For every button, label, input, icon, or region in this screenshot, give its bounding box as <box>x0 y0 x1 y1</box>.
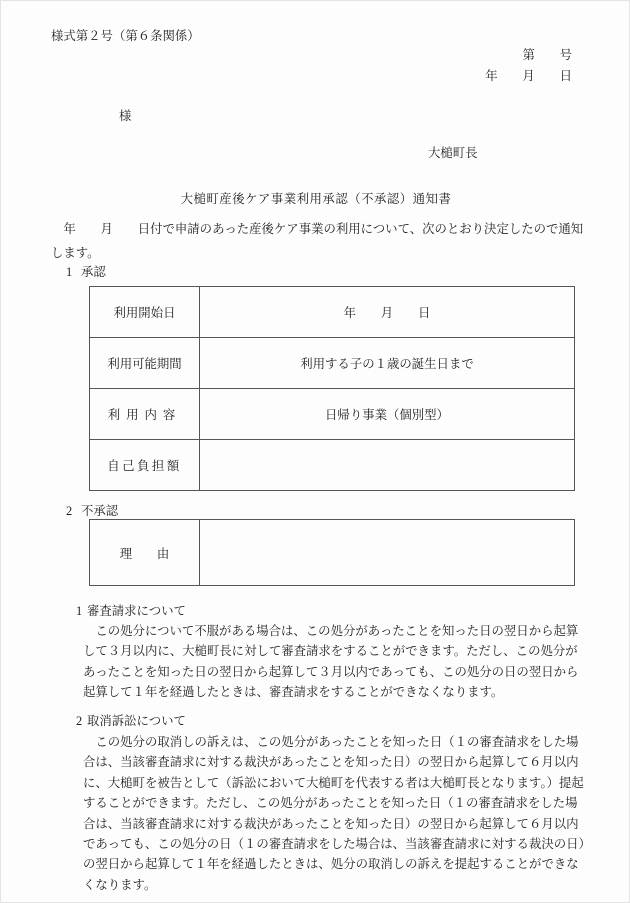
note-number: 1 <box>76 604 87 619</box>
section-number: 1 <box>66 265 81 280</box>
section-label: 不承認 <box>81 504 118 518</box>
document-title: 大槌町産後ケア事業利用承認（不承認）通知書 <box>1 189 630 207</box>
intro-paragraph: 年 月 日付で申請のあった産後ケア事業の利用について、次のとおり決定したので通知… <box>51 217 611 265</box>
row-label-cell: 利用開始日 <box>90 287 200 338</box>
note-appeal-heading: 1審査請求について <box>76 601 186 619</box>
row-label-cell: 利用内容 <box>90 389 200 440</box>
sender-mayor: 大槌町長 <box>428 143 478 161</box>
section-heading-disapproval: 2不承認 <box>66 501 118 519</box>
document-page: 様式第２号（第６条関係） 第 号 年 月 日 様 大槌町長 大槌町産後ケア事業利… <box>0 0 630 903</box>
row-value-cell <box>200 520 575 586</box>
usage-start-date-row: 利用開始日 年 月 日 <box>90 287 575 338</box>
note-title: 取消訴訟について <box>87 714 186 728</box>
note-title: 審査請求について <box>87 604 186 618</box>
reason-row: 理 由 <box>90 520 575 586</box>
form-number: 様式第２号（第６条関係） <box>51 26 200 44</box>
note-appeal-body: この処分について不服がある場合は、この処分があったことを知った日の翌日から起算 … <box>83 621 628 703</box>
usage-content-row: 利用内容 日帰り事業（個別型） <box>90 389 575 440</box>
addressee-sama: 様 <box>119 106 131 124</box>
disapproval-table: 理 由 <box>89 519 575 586</box>
usable-period-row: 利用可能期間 利用する子の１歳の誕生日まで <box>90 338 575 389</box>
approval-table: 利用開始日 年 月 日 利用可能期間 利用する子の１歳の誕生日まで 利用内容 日… <box>89 286 575 491</box>
row-value-cell <box>200 440 575 491</box>
row-value-cell: 利用する子の１歳の誕生日まで <box>200 338 575 389</box>
section-heading-approval: 1承認 <box>66 262 106 280</box>
document-number: 第 号 <box>522 45 572 63</box>
row-value-cell: 日帰り事業（個別型） <box>200 389 575 440</box>
section-number: 2 <box>66 504 81 519</box>
note-lawsuit-body: この処分の取消しの訴えは、この処分があったことを知った日（１の審査請求をした場 … <box>83 732 628 895</box>
row-label-cell: 自己負担額 <box>90 440 200 491</box>
section-label: 承認 <box>81 265 106 279</box>
row-label-cell: 利用可能期間 <box>90 338 200 389</box>
note-lawsuit-heading: 2取消訴訟について <box>76 711 186 729</box>
row-label-cell: 理 由 <box>90 520 200 586</box>
self-payment-row: 自己負担額 <box>90 440 575 491</box>
row-value-cell: 年 月 日 <box>200 287 575 338</box>
issue-date: 年 月 日 <box>485 66 572 84</box>
note-number: 2 <box>76 714 87 729</box>
